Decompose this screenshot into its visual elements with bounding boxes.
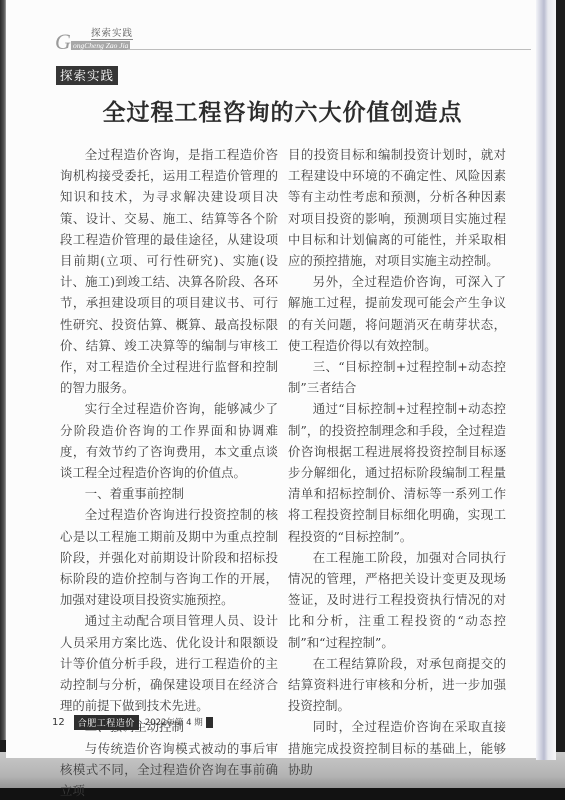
page-footer: 12 合肥工程造价 2022年第 4 期 [52,714,213,730]
section-badge: 探索实践 [56,66,118,85]
footer-block-mark [206,717,213,728]
paragraph: 在工程施工阶段，加强对合同执行情况的管理，严格把关设计变更及现场签证，及时进行工… [288,547,506,653]
paragraph: 与传统造价咨询模式被动的事后审核模式不同，全过程造价咨询在事前确立项 [60,738,278,800]
running-header: G 探索实践 ongCheng Zao Jia [55,26,531,52]
header-pinyin: ongCheng Zao Jia [71,41,130,50]
header-section-name: 探索实践 [91,28,133,40]
paragraph: 另外，全过程造价咨询，可深入了解施工过程，提前发现可能会产生争议的有关问题，将问… [288,271,506,356]
paragraph: 全过程造价咨询进行投资控制的核心是以工程施工期前及期中为重点控制阶段，并强化对前… [60,504,278,610]
section-heading: 三、“目标控制+过程控制+动态控制”三者结合 [288,356,506,398]
paragraph: 在工程结算阶段，对承包商提交的结算资料进行审核和分析，进一步加强投资控制。 [288,653,506,717]
article-title: 全过程工程咨询的六大价值创造点 [0,94,565,127]
left-column: 全过程造价咨询，是指工程造价咨询机构接受委托，运用工程造价管理的知识和技术，为寻… [60,144,278,800]
page-number: 12 [52,717,65,728]
scanned-page: G 探索实践 ongCheng Zao Jia 探索实践 全过程工程咨询的六大价… [0,0,565,800]
paragraph: 全过程造价咨询，是指工程造价咨询机构接受委托，运用工程造价管理的知识和技术，为寻… [60,144,278,398]
journal-name: 合肥工程造价 [74,715,139,730]
section-heading: 一、着重事前控制 [60,483,278,504]
paragraph: 实行全过程造价咨询，能够减少了分阶段造价咨询的工作界面和协调难度，有效节约了咨询… [60,398,278,483]
paragraph: 同时，全过程造价咨询在采取直接措施完成投资控制目标的基础上，能够协助 [288,716,506,780]
header-initial: G [55,32,71,52]
right-column: 目的投资目标和编制投资计划时，就对工程建设中环境的不确定性、风险因素等有主动性考… [288,144,506,780]
paragraph: 通过主动配合项目管理人员、设计人员采用方案比选、优化设计和限额设计等价值分析手段… [60,610,278,716]
paragraph: 通过“目标控制+过程控制+动态控制”，的投资控制理念和手段，全过程造价咨询根据工… [288,398,506,546]
issue-label: 2022年第 4 期 [145,716,203,728]
header-rule [127,49,531,50]
paragraph: 目的投资目标和编制投资计划时，就对工程建设中环境的不确定性、风险因素等有主动性考… [288,144,506,271]
